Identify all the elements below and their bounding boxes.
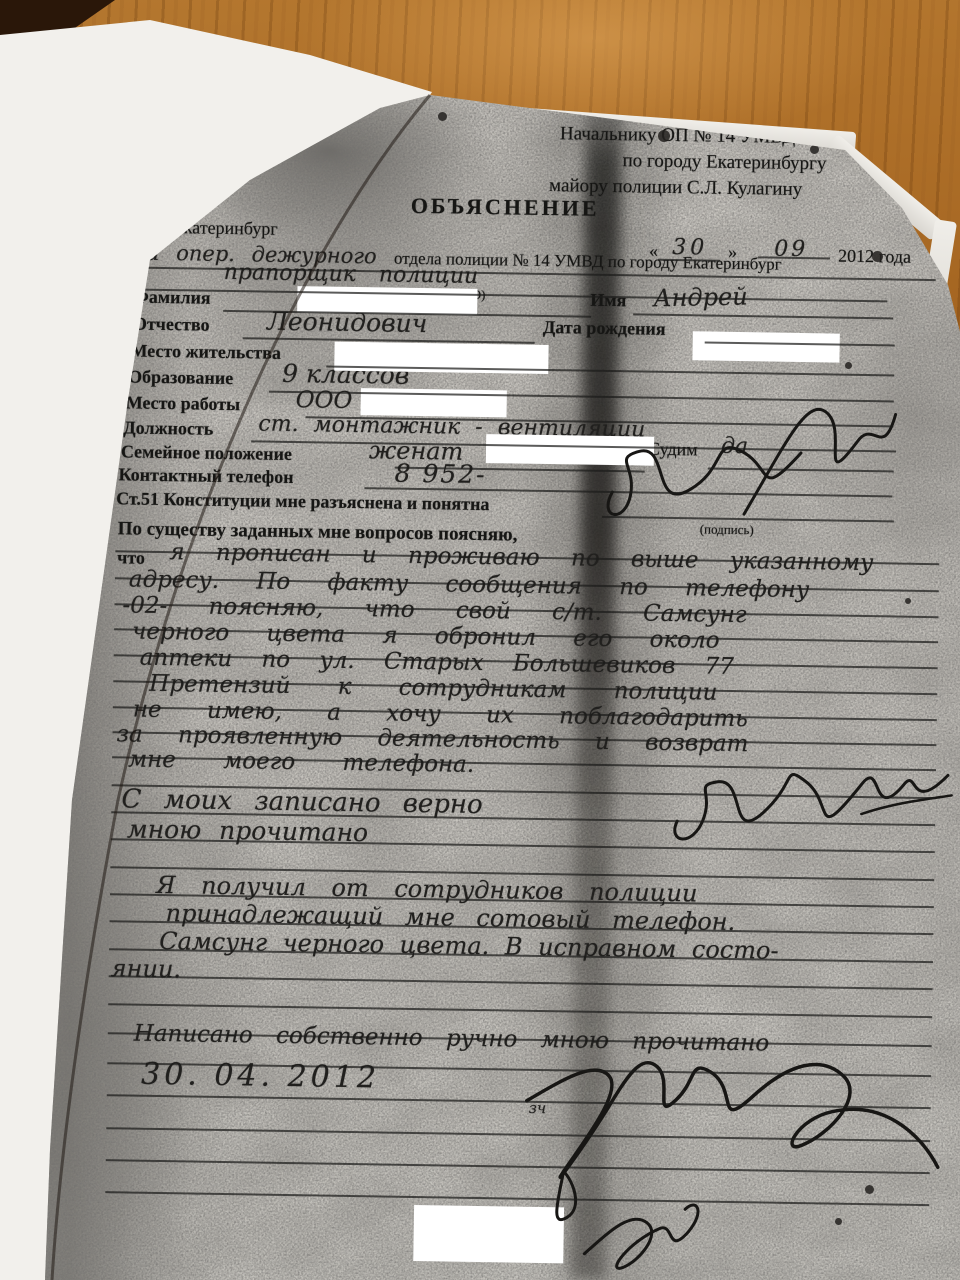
ruled-line [141, 289, 887, 303]
document-photo: Начальнику ОП № 14 УМВД РФ по городу Ека… [0, 0, 960, 1280]
field-label-art51: Ст.51 Конституции мне разъяснена и понят… [116, 488, 490, 515]
statement2-line4: янии. [111, 954, 182, 983]
document-title: ОБЪЯСНЕНИЕ [411, 193, 600, 222]
ink-speck [865, 1185, 874, 1194]
signature-art51 [594, 394, 906, 534]
redaction-box-birth-date [692, 331, 839, 362]
field-label-marital: Семейное положение [121, 441, 292, 465]
field-label-workplace: Место работы [126, 392, 241, 415]
field-label-phone: Контактный телефон [118, 464, 293, 488]
rank-handwritten: прапорщик полиции [224, 260, 479, 289]
field-label-patronymic: Отчество [133, 314, 210, 336]
field-label-birth-date: Дата рождения [543, 317, 666, 340]
ink-speck [905, 598, 911, 604]
signature-bottom [488, 1030, 952, 1280]
field-label-name: Имя [590, 290, 626, 312]
ruled-line [109, 975, 933, 990]
ink-speck [835, 1218, 842, 1225]
ink-speck [438, 112, 447, 121]
field-value-phone: 8 952- [394, 459, 486, 489]
ink-speck [845, 362, 852, 369]
ruled-line [633, 313, 893, 319]
field-label-residence: Место жительства [130, 340, 281, 363]
ink-speck [658, 130, 670, 142]
field-label-position: Должность [123, 417, 213, 439]
ink-speck [872, 251, 883, 262]
field-label-education: Образование [128, 366, 233, 389]
header-addressee-line2: по городу Екатеринбургу [622, 150, 826, 175]
ruled-line [108, 1003, 932, 1018]
